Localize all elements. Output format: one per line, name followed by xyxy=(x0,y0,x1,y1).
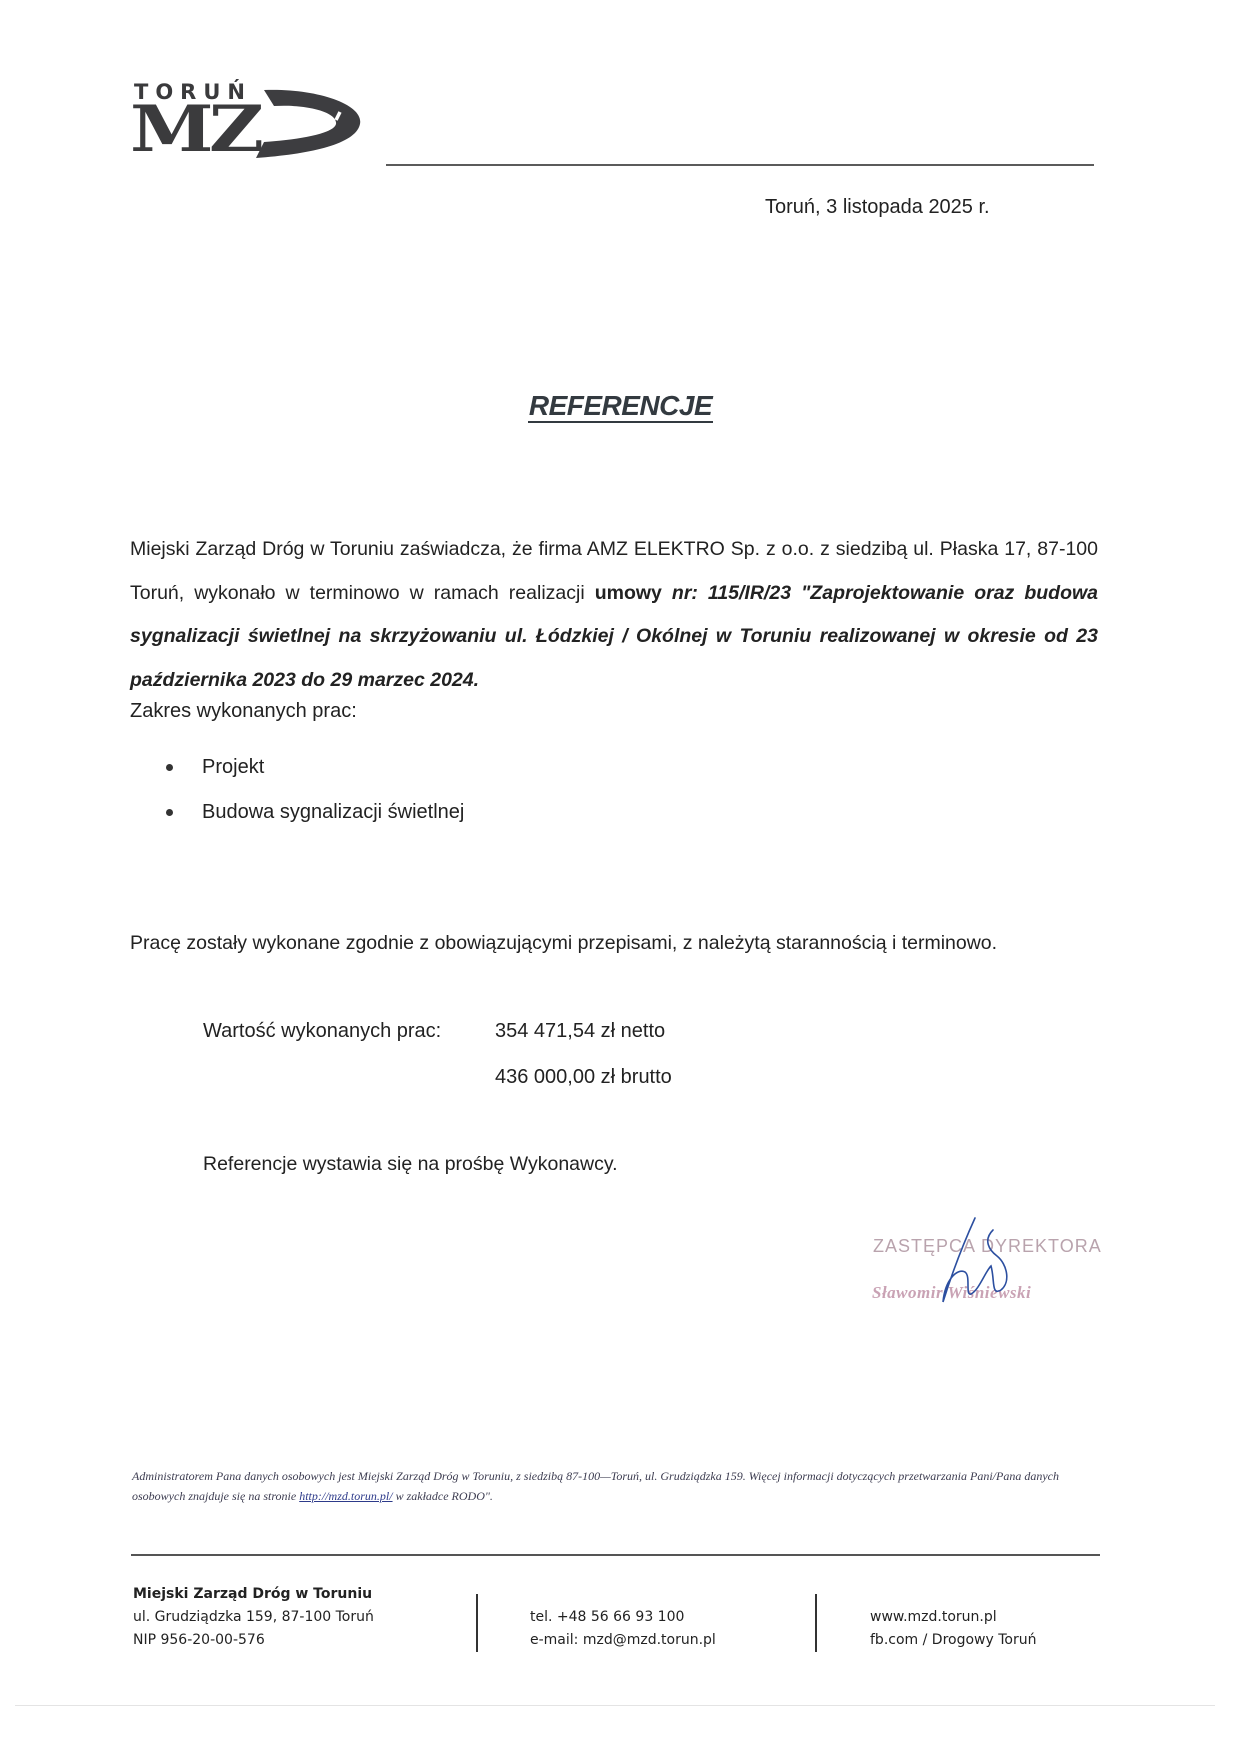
footer-website[interactable]: www.mzd.torun.pl xyxy=(870,1606,1036,1629)
footer-web-block: www.mzd.torun.pl fb.com / Drogowy Toruń xyxy=(870,1606,1036,1652)
footer-address-block: Miejski Zarząd Dróg w Toruniu ul. Grudzi… xyxy=(133,1583,374,1652)
logo-letters: MZ xyxy=(130,98,259,162)
bullet-icon xyxy=(166,764,173,771)
document-title-text: REFERENCJE xyxy=(528,390,713,423)
gdpr-notice: Administratorem Pana danych osobowych je… xyxy=(132,1466,1087,1506)
footer-phone: tel. +48 56 66 93 100 xyxy=(530,1606,716,1629)
footer-email[interactable]: e-mail: mzd@mzd.torun.pl xyxy=(530,1629,716,1652)
footer-address: ul. Grudziądzka 159, 87-100 Toruń xyxy=(133,1606,374,1629)
road-curve-icon xyxy=(256,84,366,164)
scope-label: Zakres wykonanych prac: xyxy=(130,700,357,723)
footer-nip: NIP 956-20-00-576 xyxy=(133,1629,374,1652)
body-contract-word: umowy xyxy=(595,582,662,604)
value-net: 354 471,54 zł netto xyxy=(495,1020,665,1043)
header-rule xyxy=(386,164,1094,166)
bullet-icon xyxy=(166,809,173,816)
footer-divider xyxy=(476,1594,478,1652)
mzd-logo: TORUŃ MZ xyxy=(126,74,366,174)
value-label: Wartość wykonanych prac: xyxy=(203,1020,441,1043)
document-title: REFERENCJE xyxy=(0,390,1241,422)
reference-body: Miejski Zarząd Dróg w Toruniu zaświadcza… xyxy=(130,528,1098,702)
handwritten-signature-icon xyxy=(935,1210,1025,1310)
footer-org-name: Miejski Zarząd Dróg w Toruniu xyxy=(133,1583,374,1606)
closing-note: Referencje wystawia się na prośbę Wykona… xyxy=(203,1153,618,1176)
footer-divider xyxy=(815,1594,817,1652)
compliance-statement: Pracę zostały wykonane zgodnie z obowiąz… xyxy=(130,932,997,955)
footer-rule xyxy=(131,1554,1100,1556)
gdpr-link[interactable]: http://mzd.torun.pl/ xyxy=(299,1489,392,1503)
document-date: Toruń, 3 listopada 2025 r. xyxy=(765,196,990,219)
footer-contact-block: tel. +48 56 66 93 100 e-mail: mzd@mzd.to… xyxy=(530,1606,716,1652)
footer-facebook[interactable]: fb.com / Drogowy Toruń xyxy=(870,1629,1036,1652)
list-item: Projekt xyxy=(160,745,464,790)
scan-artifact-line xyxy=(15,1705,1215,1706)
scope-list: Projekt Budowa sygnalizacji świetlnej xyxy=(160,745,464,835)
value-gross: 436 000,00 zł brutto xyxy=(495,1066,672,1089)
list-item: Budowa sygnalizacji świetlnej xyxy=(160,790,464,835)
